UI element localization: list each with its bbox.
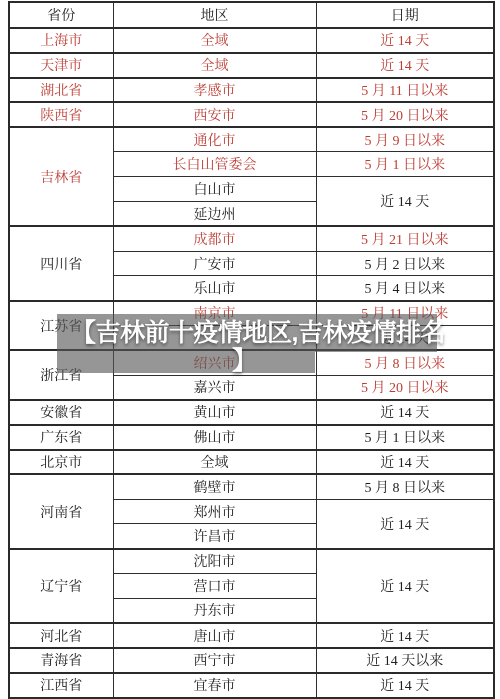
table-cell: 湖北省 [9, 78, 113, 103]
table-cell: 黄山市 [113, 400, 316, 425]
table-row: 江西省宜春市近 14 天 [9, 673, 494, 698]
table-cell: 营口市 [113, 574, 316, 599]
province-cell: 四川省 [9, 226, 113, 300]
table-cell: 长白山管委会 [113, 152, 316, 177]
table-cell: 近 14 天 [316, 673, 494, 698]
table-row: 吉林省通化市5 月 9 日以来 [9, 127, 494, 152]
table-cell: 近 14 天 [316, 549, 494, 623]
table-cell: 全域 [113, 28, 316, 53]
table-cell: 天津市 [9, 53, 113, 78]
table-row: 河南省鹤壁市5 月 8 日以来 [9, 474, 494, 499]
table-row: 天津市全域近 14 天 [9, 53, 494, 78]
table-row: 湖北省孝感市5 月 11 日以来 [9, 78, 494, 103]
table-row: 四川省成都市5 月 21 日以来 [9, 226, 494, 251]
table-row: 河北省唐山市近 14 天 [9, 623, 494, 648]
table-cell: 5 月 21 日以来 [316, 226, 494, 251]
table-cell: 全域 [113, 450, 316, 475]
table-cell: 沈阳市 [113, 549, 316, 574]
table-cell: 西安市 [113, 102, 316, 127]
table-cell: 青海省 [9, 648, 113, 673]
column-header-date: 日期 [316, 2, 494, 28]
table-cell: 5 月 9 日以来 [316, 127, 494, 152]
table-cell: 宜春市 [113, 673, 316, 698]
table-cell: 广东省 [9, 425, 113, 450]
screenshot-page: 省份 地区 日期 上海市全域近 14 天天津市全域近 14 天湖北省孝感市5 月… [0, 0, 500, 699]
table-cell: 唐山市 [113, 623, 316, 648]
table-cell: 白山市 [113, 177, 316, 202]
table-cell: 许昌市 [113, 524, 316, 549]
table-row: 广东省佛山市5 月 1 日以来 [9, 425, 494, 450]
subtitle-overlay-line2: 】 [57, 352, 315, 373]
table-cell: 江西省 [9, 673, 113, 698]
table-cell: 5 月 11 日以来 [316, 78, 494, 103]
table-cell: 延边州 [113, 202, 316, 227]
table-cell: 成都市 [113, 226, 316, 251]
table-cell: 近 14 天 [316, 499, 494, 549]
header-row: 省份 地区 日期 [9, 2, 494, 28]
table-cell: 安徽省 [9, 400, 113, 425]
column-header-province: 省份 [9, 2, 113, 28]
table-cell: 上海市 [9, 28, 113, 53]
table-header: 省份 地区 日期 [9, 2, 494, 28]
table-cell: 近 14 天 [316, 450, 494, 475]
table-cell: 5 月 2 日以来 [316, 251, 494, 276]
table-cell: 近 14 天 [316, 53, 494, 78]
table-cell: 河北省 [9, 623, 113, 648]
province-cell: 辽宁省 [9, 549, 113, 623]
table-cell: 广安市 [113, 251, 316, 276]
table-cell: 5 月 4 日以来 [316, 276, 494, 301]
table-row: 上海市全域近 14 天 [9, 28, 494, 53]
table-row: 安徽省黄山市近 14 天 [9, 400, 494, 425]
table-cell: 嘉兴市 [113, 375, 316, 400]
province-cell: 吉林省 [9, 127, 113, 226]
column-header-region: 地区 [113, 2, 316, 28]
table-cell: 郑州市 [113, 499, 316, 524]
table-cell: 近 14 天 [316, 177, 494, 227]
table-cell: 5 月 8 日以来 [316, 474, 494, 499]
table-cell: 西宁市 [113, 648, 316, 673]
table-row: 北京市全域近 14 天 [9, 450, 494, 475]
table-cell: 佛山市 [113, 425, 316, 450]
table-cell: 5 月 20 日以来 [316, 102, 494, 127]
table-cell: 全域 [113, 53, 316, 78]
table-cell: 5 月 1 日以来 [316, 152, 494, 177]
table-cell: 近 14 天 [316, 400, 494, 425]
table-cell: 通化市 [113, 127, 316, 152]
table-cell: 近 14 天 [316, 28, 494, 53]
table-cell: 5 月 20 日以来 [316, 375, 494, 400]
province-cell: 河南省 [9, 474, 113, 548]
table-cell: 鹤壁市 [113, 474, 316, 499]
table-cell: 近 14 天 [316, 623, 494, 648]
table-cell: 陕西省 [9, 102, 113, 127]
table-cell: 近 14 天以来 [316, 648, 494, 673]
table-cell: 乐山市 [113, 276, 316, 301]
table-cell: 5 月 8 日以来 [316, 350, 494, 375]
table-cell: 孝感市 [113, 78, 316, 103]
table-row: 辽宁省沈阳市近 14 天 [9, 549, 494, 574]
table-row: 陕西省西安市5 月 20 日以来 [9, 102, 494, 127]
table-cell: 丹东市 [113, 598, 316, 623]
table-row: 青海省西宁市近 14 天以来 [9, 648, 494, 673]
table-cell: 北京市 [9, 450, 113, 475]
table-cell: 5 月 1 日以来 [316, 425, 494, 450]
